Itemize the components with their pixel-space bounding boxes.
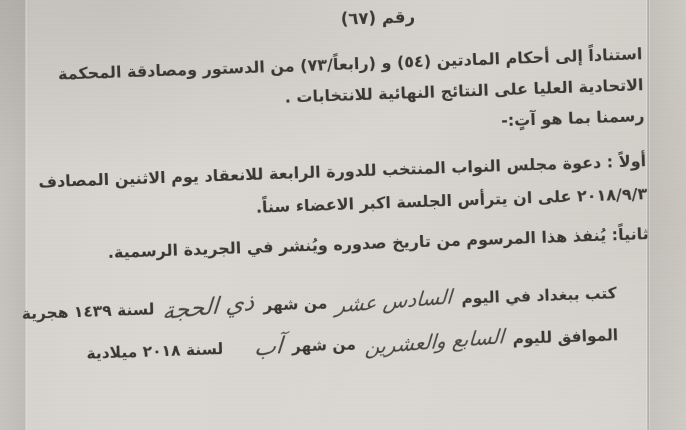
hijri-year-text: لسنة ١٤٣٩ هجرية: [21, 300, 154, 323]
handwritten-gregorian-day: السابع والعشرين: [364, 324, 505, 359]
clause-second: ثانياً: يُنفذ هذا المرسوم من تاريخ صدوره…: [83, 224, 649, 263]
handwritten-hijri-day: السادس عشر: [335, 284, 453, 317]
handwritten-hijri-month: ذي الحجة: [162, 290, 255, 326]
preamble: استناداً إلى أحكام المادتين (٥٤) و (رابع…: [76, 38, 644, 120]
handwritten-gregorian-month: آب: [254, 333, 284, 362]
hijri-prefix-text: كتب ببغداد في اليوم: [461, 284, 617, 307]
gregorian-year-text: لسنة ٢٠١٨ ميلادية: [86, 340, 223, 363]
hijri-month-connector: من شهر: [263, 294, 328, 314]
gregorian-prefix-text: الموافق لليوم: [512, 326, 618, 348]
gregorian-month-connector: من شهر: [292, 335, 357, 355]
clause-first: أولاً : دعوة مجلس النواب المنتخب للدورة …: [80, 144, 648, 230]
paper-left-shadow: [0, 0, 24, 430]
paper-right-shadow: [650, 0, 686, 430]
paper-left-edge-line: [24, 0, 27, 430]
decree-document: رقم (٦٧) استناداً إلى أحكام المادتين (٥٤…: [74, 0, 652, 375]
